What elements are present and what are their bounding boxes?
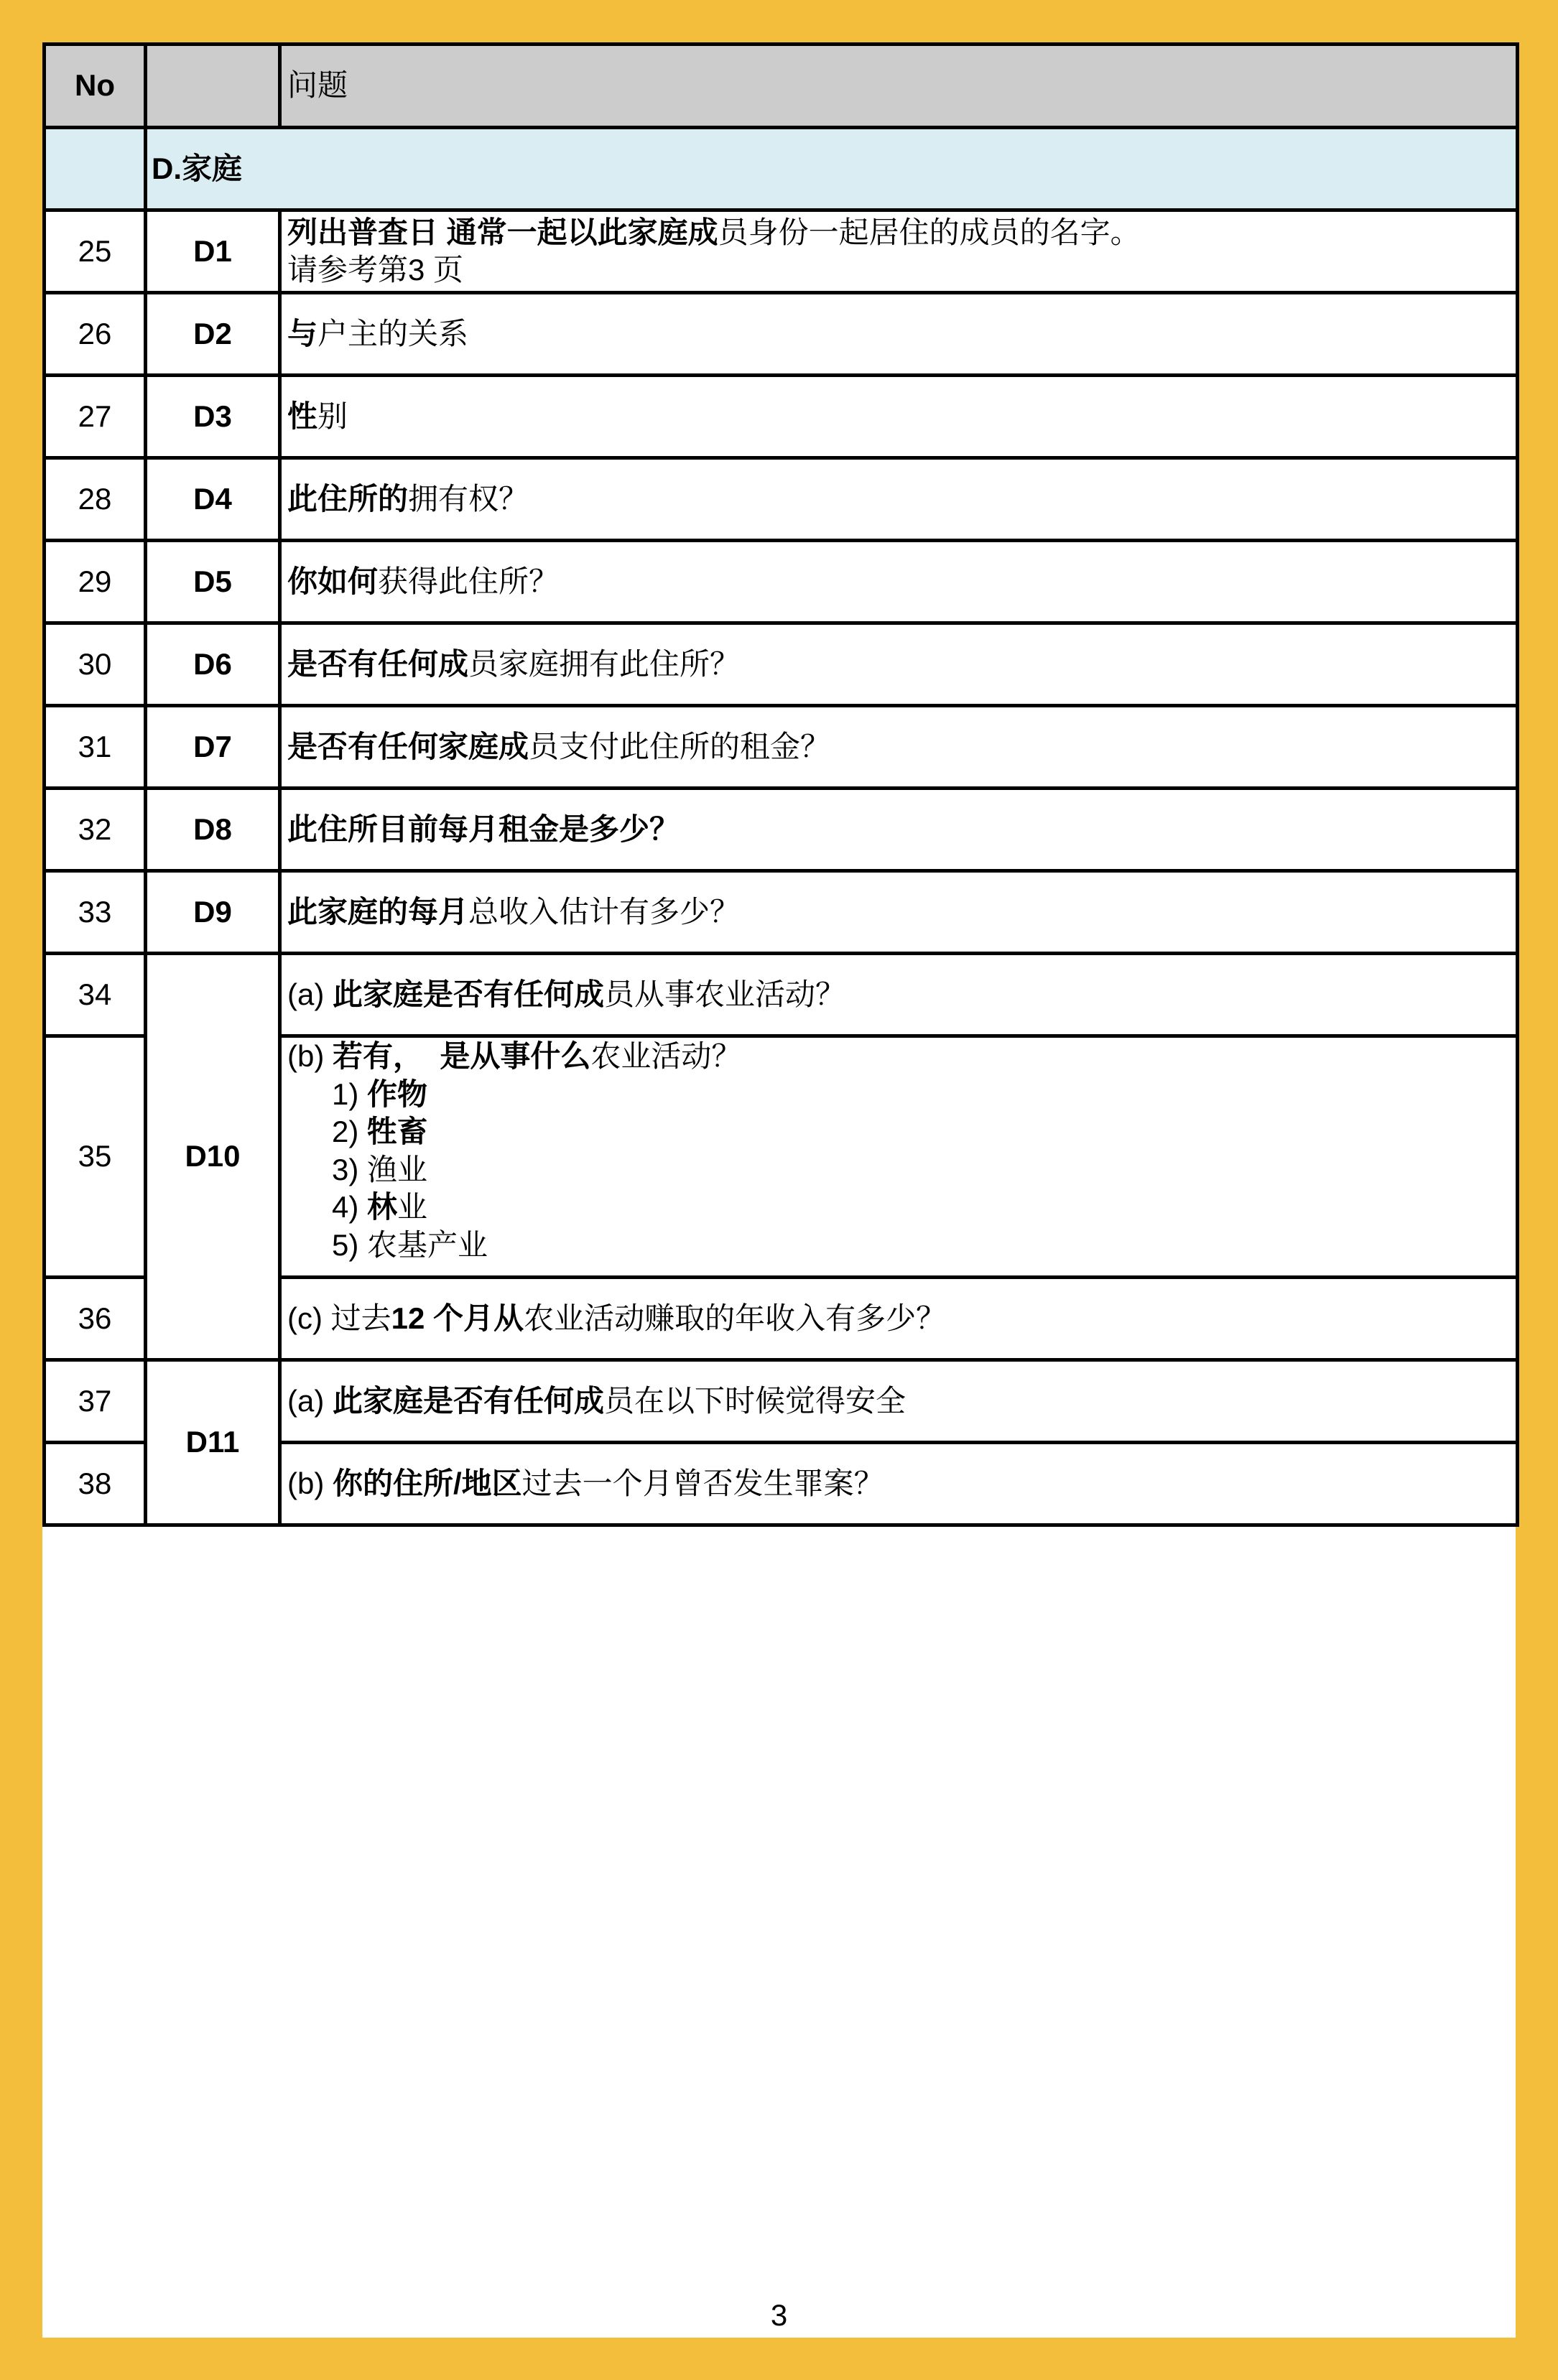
option-item: 2) 牲畜 — [332, 1113, 1516, 1151]
row-question: 此住所的拥有权？ — [280, 458, 1518, 541]
question-text: 获得此住所？ — [378, 564, 559, 598]
row-no: 29 — [45, 541, 146, 623]
question-pre: 过去 — [331, 1301, 391, 1335]
question-bold: 若有， 是从事什么 — [333, 1039, 590, 1073]
row-no: 31 — [45, 706, 146, 789]
question-bold: 你如何 — [287, 564, 378, 598]
row-code: D8 — [146, 789, 280, 871]
question-prefix: (a) — [287, 977, 333, 1011]
option-number: 5) — [332, 1228, 367, 1262]
question-prefix: (a) — [287, 1384, 333, 1418]
table-row: 37 D11 (a) 此家庭是否有任何成员在以下时候觉得安全 — [45, 1360, 1518, 1443]
table-row: 25 D1 列出普查日 通常一起以此家庭成员身份一起居住的成员的名字。 请参考第… — [45, 210, 1518, 293]
row-question: 此住所目前每月租金是多少？ — [280, 789, 1518, 871]
row-no: 36 — [45, 1278, 146, 1360]
row-question: 你如何获得此住所？ — [280, 541, 1518, 623]
table-row: 31 D7 是否有任何家庭成员支付此住所的租金？ — [45, 706, 1518, 789]
option-text: 农基产业 — [367, 1228, 488, 1262]
table-row: 32 D8 此住所目前每月租金是多少？ — [45, 789, 1518, 871]
row-code: D2 — [146, 293, 280, 376]
row-no: 26 — [45, 293, 146, 376]
row-code: D6 — [146, 623, 280, 706]
question-text: 农业活动？ — [590, 1039, 741, 1073]
row-code: D1 — [146, 210, 280, 293]
question-text: 员在以下时候觉得安全 — [604, 1384, 906, 1418]
question-text: 过去一个月曾否发生罪案？ — [522, 1466, 884, 1500]
question-bold: 此家庭的每月 — [287, 895, 468, 929]
row-question: (b) 若有， 是从事什么农业活动？ 1) 作物 2) 牲畜 3) 渔业 4) … — [280, 1036, 1518, 1278]
row-code: D3 — [146, 376, 280, 458]
option-item: 5) 农基产业 — [332, 1227, 1516, 1265]
option-bold: 作物 — [367, 1077, 427, 1111]
option-item: 4) 林业 — [332, 1189, 1516, 1227]
question-prefix: (c) — [287, 1301, 331, 1335]
row-no: 27 — [45, 376, 146, 458]
row-question: 是否有任何家庭成员支付此住所的租金？ — [280, 706, 1518, 789]
question-bold: 此家庭是否有任何成 — [333, 1384, 604, 1418]
question-bold: 性 — [287, 399, 317, 433]
option-number: 4) — [332, 1190, 367, 1224]
question-text: 员身份一起居住的成员的名字。 — [718, 215, 1141, 249]
table-row: 33 D9 此家庭的每月总收入估计有多少？ — [45, 871, 1518, 954]
row-code: D9 — [146, 871, 280, 954]
question-text: 员从事农业活动？ — [604, 977, 845, 1011]
option-text: 业 — [397, 1190, 427, 1224]
row-question: 列出普查日 通常一起以此家庭成员身份一起居住的成员的名字。 请参考第3 页 — [280, 210, 1518, 293]
question-text: 户主的关系 — [317, 317, 468, 350]
question-text: 农业活动赚取的年收入有多少？ — [524, 1301, 946, 1335]
table-row: 27 D3 性别 — [45, 376, 1518, 458]
question-text: 员家庭拥有此住所？ — [468, 647, 740, 681]
question-text: 别 — [317, 399, 348, 433]
row-no: 33 — [45, 871, 146, 954]
table-row: 30 D6 是否有任何成员家庭拥有此住所？ — [45, 623, 1518, 706]
section-no-cell — [45, 128, 146, 210]
row-no: 30 — [45, 623, 146, 706]
question-text: 总收入估计有多少？ — [468, 895, 740, 929]
option-number: 2) — [332, 1115, 367, 1148]
option-text: 渔业 — [367, 1153, 427, 1186]
page-number: 3 — [42, 2298, 1516, 2333]
question-bold: 此家庭是否有任何成 — [333, 977, 604, 1011]
row-code-merged: D10 — [146, 954, 280, 1360]
row-no: 34 — [45, 954, 146, 1036]
row-question: (a) 此家庭是否有任何成员在以下时候觉得安全 — [280, 1360, 1518, 1443]
header-no: No — [45, 45, 146, 128]
row-no: 32 — [45, 789, 146, 871]
table-row: 29 D5 你如何获得此住所？ — [45, 541, 1518, 623]
row-no: 37 — [45, 1360, 146, 1443]
header-question: 问题 — [280, 45, 1518, 128]
table-row: 34 D10 (a) 此家庭是否有任何成员从事农业活动？ — [45, 954, 1518, 1036]
row-question: (b) 你的住所/地区过去一个月曾否发生罪案？ — [280, 1443, 1518, 1525]
question-prefix: (b) — [287, 1039, 333, 1073]
option-number: 1) — [332, 1077, 367, 1111]
row-no: 28 — [45, 458, 146, 541]
row-code: D4 — [146, 458, 280, 541]
question-text: 员支付此住所的租金？ — [529, 730, 830, 763]
question-bold: 你的住所/地区 — [333, 1466, 522, 1500]
question-prefix: (b) — [287, 1466, 333, 1500]
option-item: 1) 作物 — [332, 1076, 1516, 1114]
question-bold: 与 — [287, 317, 317, 350]
question-bold: 12 个月从 — [391, 1301, 524, 1335]
option-bold: 牲畜 — [367, 1115, 427, 1148]
question-text: 拥有权？ — [408, 482, 529, 516]
header-code — [146, 45, 280, 128]
row-question: (c) 过去12 个月从农业活动赚取的年收入有多少？ — [280, 1278, 1518, 1360]
question-note: 请参考第3 页 — [287, 251, 1516, 289]
table-row: 28 D4 此住所的拥有权？ — [45, 458, 1518, 541]
option-list: 1) 作物 2) 牲畜 3) 渔业 4) 林业 5) 农基产业 — [287, 1076, 1516, 1265]
option-item: 3) 渔业 — [332, 1151, 1516, 1189]
table-header-row: No 问题 — [45, 45, 1518, 128]
option-number: 3) — [332, 1153, 367, 1186]
question-bold: 列出普查日 通常一起以此家庭成 — [287, 215, 718, 249]
row-no: 25 — [45, 210, 146, 293]
document-page: No 问题 D.家庭 25 D1 列出普查日 通常一起以此家庭成员身份一起居住的… — [42, 42, 1516, 2338]
row-question: 性别 — [280, 376, 1518, 458]
row-question: 是否有任何成员家庭拥有此住所？ — [280, 623, 1518, 706]
row-code: D7 — [146, 706, 280, 789]
option-bold: 林 — [367, 1190, 397, 1224]
row-code-merged: D11 — [146, 1360, 280, 1525]
table-row: 26 D2 与户主的关系 — [45, 293, 1518, 376]
section-row: D.家庭 — [45, 128, 1518, 210]
row-question: (a) 此家庭是否有任何成员从事农业活动？ — [280, 954, 1518, 1036]
row-no: 35 — [45, 1036, 146, 1278]
questionnaire-table: No 问题 D.家庭 25 D1 列出普查日 通常一起以此家庭成员身份一起居住的… — [42, 42, 1519, 1527]
row-code: D5 — [146, 541, 280, 623]
row-question: 与户主的关系 — [280, 293, 1518, 376]
question-bold: 是否有任何家庭成 — [287, 730, 529, 763]
question-bold: 是否有任何成 — [287, 647, 468, 681]
section-title: D.家庭 — [146, 128, 1518, 210]
row-no: 38 — [45, 1443, 146, 1525]
row-question: 此家庭的每月总收入估计有多少？ — [280, 871, 1518, 954]
question-bold: 此住所目前每月租金是多少？ — [287, 812, 680, 846]
question-bold: 此住所的 — [287, 482, 408, 516]
